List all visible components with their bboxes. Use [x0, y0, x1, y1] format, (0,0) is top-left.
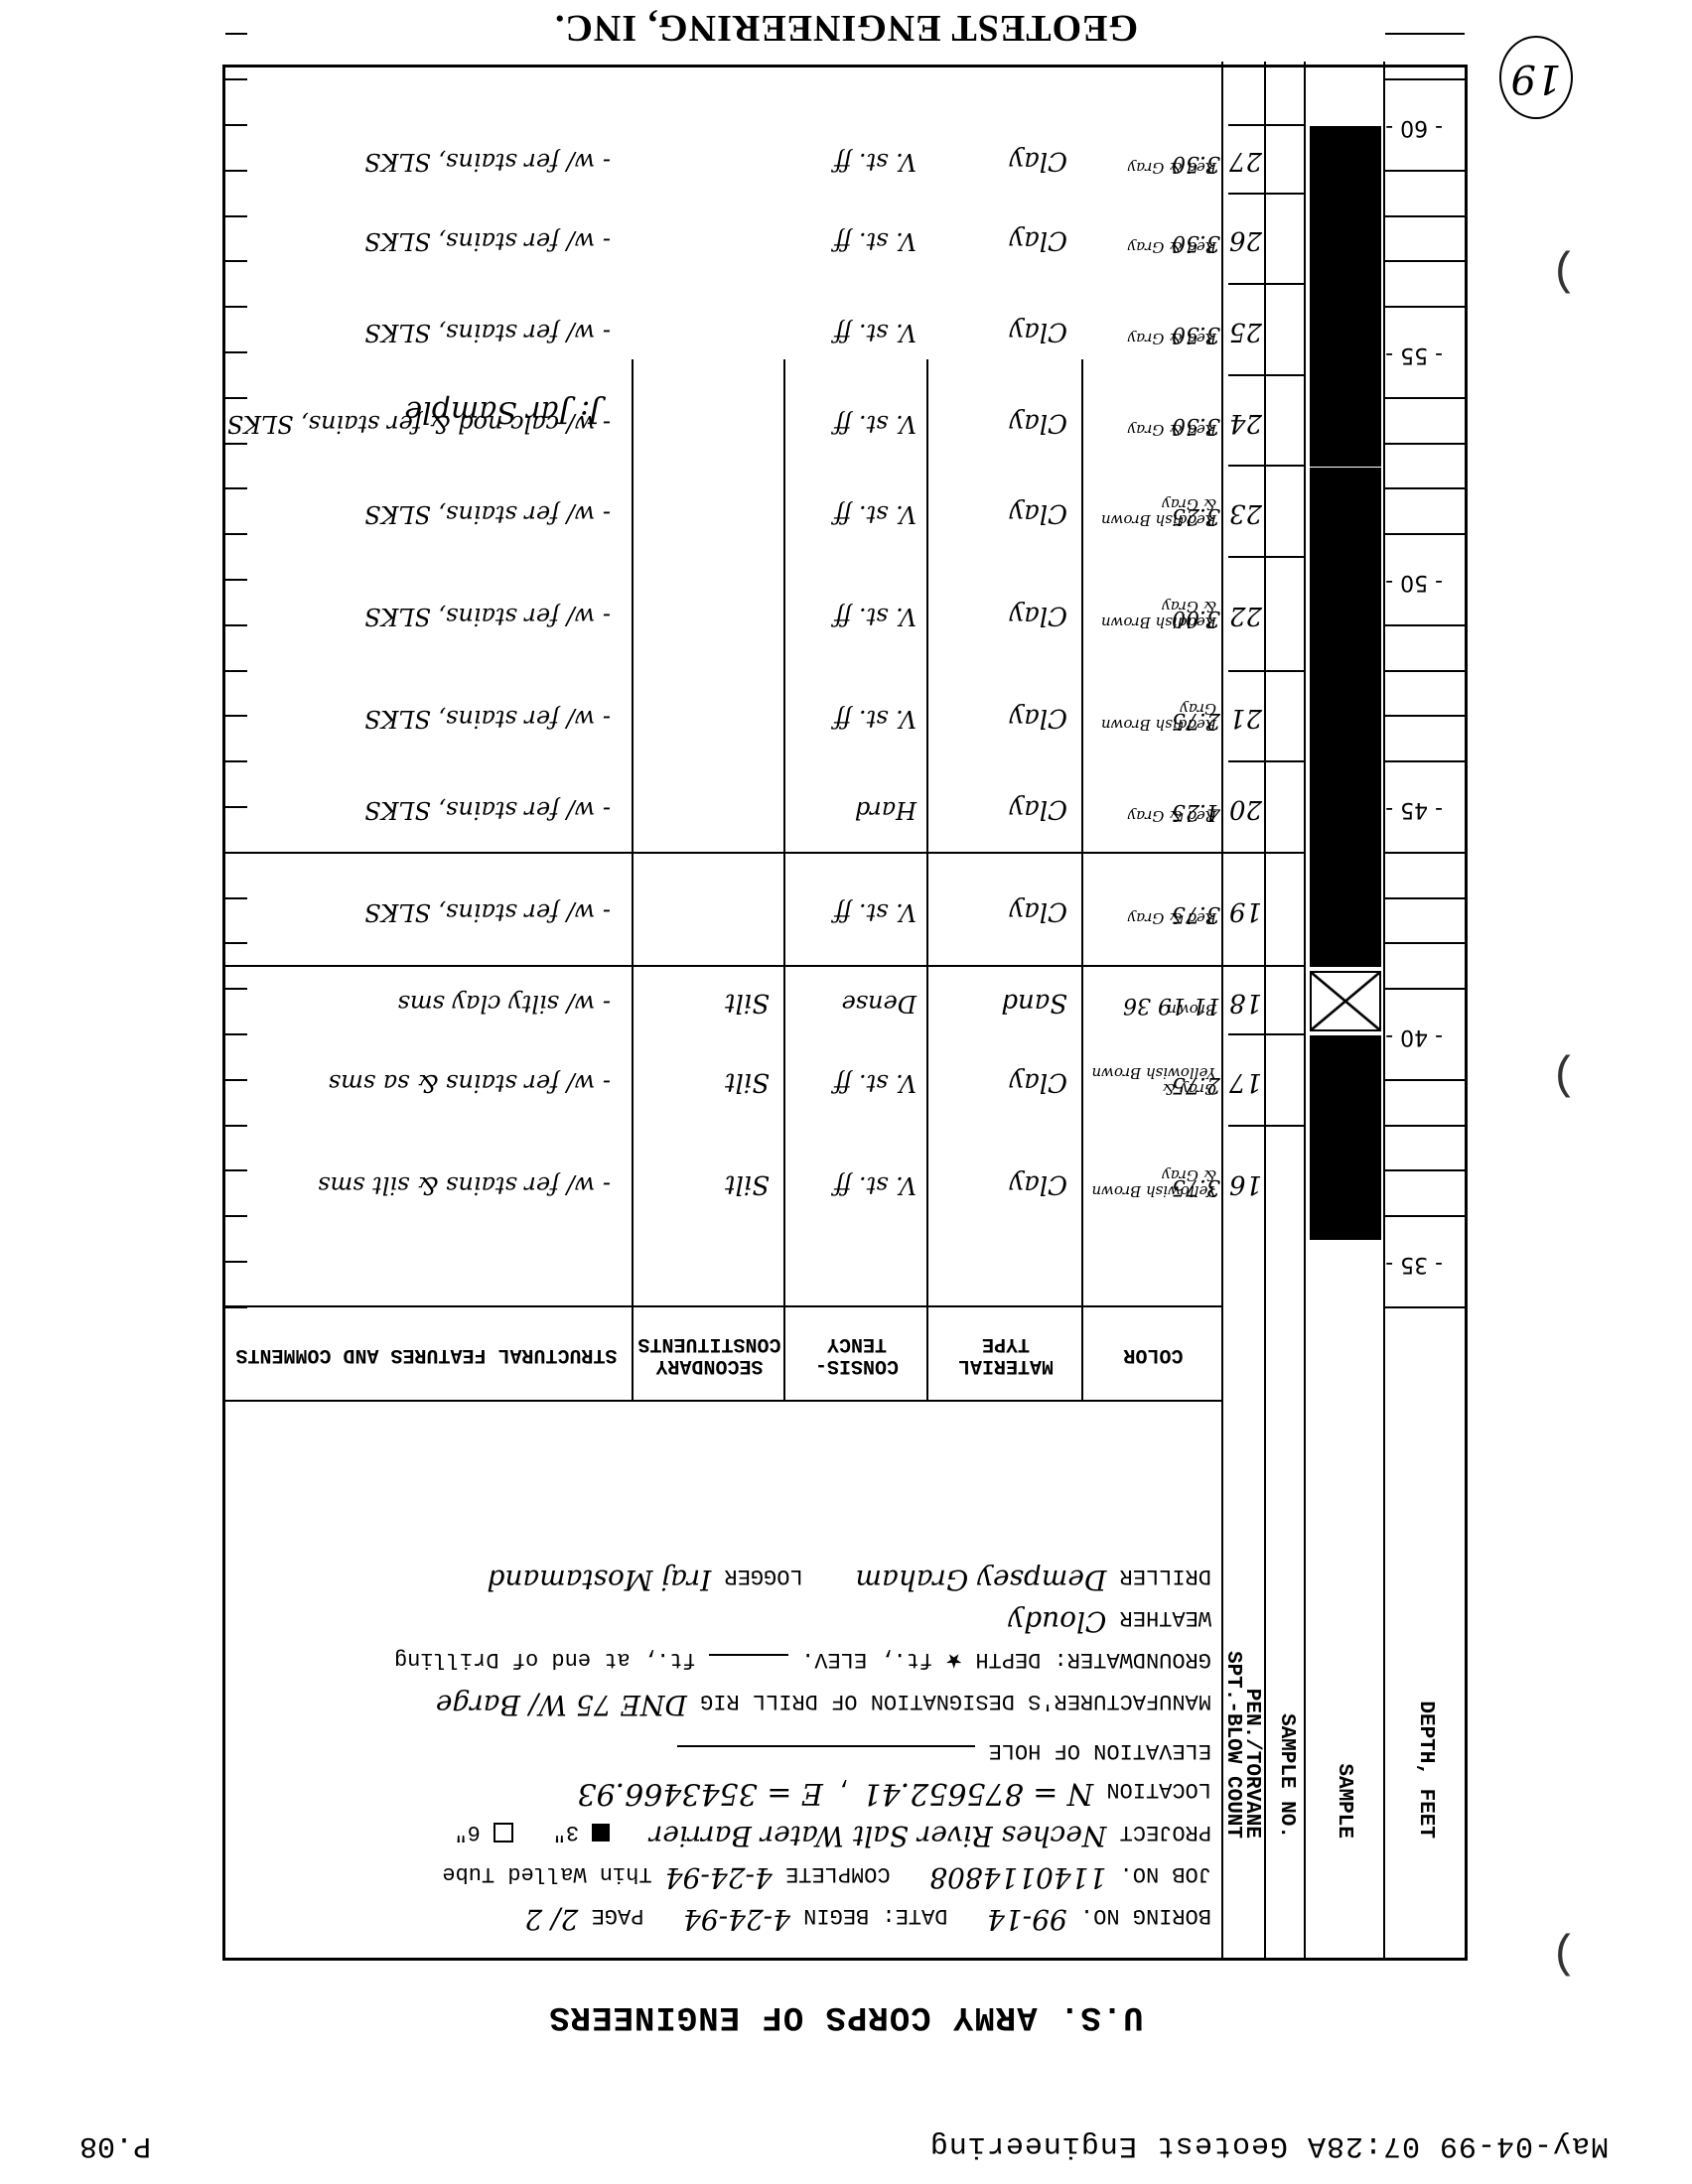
sample-recovery-bar	[1310, 854, 1381, 968]
sample-no: 16	[1229, 1169, 1262, 1199]
color-cell: Yellowish Brown & Gray	[1087, 1167, 1216, 1199]
boring-log-sheet: May-04-99 07:28A Geotest Engineering P.0…	[0, 0, 1692, 2184]
sample-recovery-bar	[1310, 468, 1381, 559]
sample-recovery-bar	[1310, 285, 1381, 376]
tube-label: Thin Walled Tube	[442, 1861, 651, 1886]
consistency-cell: V. st. ff	[834, 1171, 916, 1199]
sample-recovery-bar	[1310, 558, 1381, 672]
boring-no-label: BORING NO.	[1080, 1903, 1211, 1928]
groundwater-depth: ★	[945, 1645, 962, 1676]
column-header: CONSIS-TENCY	[785, 1307, 928, 1402]
groundwater-label: GROUNDWATER: DEPTH	[975, 1647, 1211, 1672]
material-cell: Clay	[1010, 601, 1067, 630]
depth-tick: - 55 -	[1385, 342, 1443, 367]
boring-no-value: 99-14	[987, 1903, 1067, 1936]
date-label: DATE: BEGIN	[803, 1903, 947, 1928]
column-header: COLOR	[1083, 1307, 1223, 1402]
depth-tick: - 45 -	[1385, 797, 1443, 822]
consistency-cell: V. st. ff	[834, 898, 916, 926]
color-cell: Red & Gray	[1087, 160, 1216, 176]
sample-no: 26	[1229, 226, 1262, 256]
material-cell: Clay	[1010, 1067, 1067, 1097]
material-cell: Clay	[1010, 498, 1067, 528]
comments-cell: - w/ fer stains, SLKS	[364, 898, 611, 926]
color-cell: Reddish Brown Gray	[1087, 701, 1216, 733]
color-cell: Red & Gray	[1087, 240, 1216, 256]
sample-recovery-bar	[1310, 1127, 1381, 1241]
ft-elev-label: ft., ELEV.	[801, 1647, 932, 1672]
consistency-cell: Dense	[842, 990, 916, 1018]
sample-no: 17	[1229, 1067, 1262, 1097]
comments-cell: - w/ fer stains, SLKS	[364, 148, 611, 176]
sample-no: 21	[1229, 703, 1262, 733]
weather-label: WEATHER	[1120, 1605, 1211, 1630]
consistency-cell: V. st. ff	[834, 500, 916, 528]
rig-label: MANUFACTURER'S DESIGNATION OF DRILL RIG	[700, 1689, 1211, 1713]
material-cell: Clay	[1010, 1169, 1067, 1199]
driller-label: DRILLER	[1120, 1564, 1211, 1588]
sample-recovery-bar	[1310, 376, 1381, 468]
sample-no: 25	[1229, 317, 1262, 346]
sample-recovery-bar	[1310, 971, 1381, 1031]
color-cell: Gray & Yellowish Brown	[1087, 1065, 1216, 1097]
color-cell: Red & Gray	[1087, 808, 1216, 824]
tube-3-label: 3"	[553, 1820, 579, 1844]
fax-page-number: P.08	[79, 2128, 151, 2162]
date-begin-value: 4-24-94	[683, 1903, 790, 1936]
sample-no: 27	[1229, 146, 1262, 176]
material-cell: Clay	[1010, 317, 1067, 346]
jar-sample-note: J: Jar Sample	[404, 394, 601, 429]
tube-6-label: 6"	[455, 1820, 481, 1844]
spt-label: SPT.-BLOW COUNT	[1221, 1651, 1244, 1839]
consistency-cell: V. st. ff	[834, 148, 916, 176]
job-no-value: 1140114808	[929, 1861, 1106, 1894]
material-cell: Clay	[1010, 896, 1067, 926]
consistency-cell: V. st. ff	[834, 228, 916, 256]
company-footer: GEOTEST ENGINEERING, INC.	[0, 6, 1692, 50]
comments-cell: - w/ fer stains, SLKS	[364, 705, 611, 733]
paren-mark: )	[1550, 1050, 1578, 1102]
rig-value: DNE 75 W/ Barge	[436, 1689, 687, 1721]
material-cell: Clay	[1010, 146, 1067, 176]
consistency-cell: V. st. ff	[834, 1069, 916, 1097]
elevation-label: ELEVATION OF HOLE	[989, 1738, 1211, 1763]
consistency-cell: Hard	[855, 796, 916, 824]
depth-tick: - 35 -	[1385, 1252, 1443, 1277]
project-value: Neches River Salt Water Barrier	[649, 1820, 1106, 1852]
sample-no-label: SAMPLE NO.	[1275, 1713, 1298, 1839]
depth-label: DEPTH, FEET	[1414, 1701, 1437, 1839]
weather-value: Cloudy	[1008, 1605, 1106, 1638]
location-label: LOCATION	[1106, 1777, 1211, 1802]
sample-no: 20	[1229, 794, 1262, 824]
color-cell: Red & Gray	[1087, 422, 1216, 438]
column-header: STRUCTURAL FEATURES AND COMMENTS	[219, 1307, 634, 1402]
sample-no: 19	[1229, 896, 1262, 926]
fax-header: May-04-99 07:28A Geotest Engineering	[929, 2128, 1609, 2162]
location-north: N = 875652.41	[862, 1776, 1093, 1811]
tube-3-checkbox[interactable]	[592, 1824, 610, 1842]
driller-value: Dempsey Graham	[856, 1564, 1107, 1596]
secondary-cell: Silt	[725, 988, 770, 1018]
tube-6-checkbox[interactable]	[493, 1823, 513, 1843]
sample-no: 23	[1229, 498, 1262, 528]
comments-cell: - w/ fer stains, SLKS	[364, 228, 611, 256]
comments-cell: - w/ fer stains, SLKS	[364, 603, 611, 630]
material-cell: Clay	[1010, 226, 1067, 256]
sample-recovery-bar	[1310, 672, 1381, 763]
sample-no: 18	[1229, 988, 1262, 1018]
sample-no: 24	[1229, 408, 1262, 438]
boring-log-form: DEPTH, FEET SAMPLE SAMPLE NO. PEN./TORVA…	[222, 65, 1468, 1961]
consistency-cell: V. st. ff	[834, 319, 916, 346]
page-label: PAGE	[592, 1903, 644, 1928]
form-title: U.S. ARMY CORPS OF ENGINEERS	[0, 1997, 1692, 2035]
comments-cell: - w/ fer stains & silt sms	[318, 1171, 611, 1199]
ft-end-label: ft., at end of Drilling	[394, 1647, 696, 1672]
date-complete-value: 4-24-94	[665, 1861, 773, 1894]
secondary-cell: Silt	[725, 1067, 770, 1097]
sample-recovery-bar	[1310, 126, 1381, 195]
consistency-cell: V. st. ff	[834, 603, 916, 630]
secondary-cell: Silt	[725, 1169, 770, 1199]
color-cell: Brown	[1087, 1002, 1216, 1018]
comments-cell: - w/ fer stains, SLKS	[364, 500, 611, 528]
color-cell: Reddish Brown & Gray	[1087, 496, 1216, 528]
page-marker: 19	[1499, 36, 1573, 119]
project-label: PROJECT	[1120, 1820, 1211, 1844]
page-value: 2	[561, 1903, 579, 1936]
job-no-label: JOB NO.	[1120, 1861, 1211, 1886]
comments-cell: - w/ fer stains, SLKS	[364, 319, 611, 346]
comments-cell: - w/ fer stains & sa sms	[329, 1069, 611, 1097]
paren-mark: )	[1550, 1929, 1578, 1980]
consistency-cell: V. st. ff	[834, 410, 916, 438]
depth-tick: - 50 -	[1385, 570, 1443, 595]
elevation-value	[677, 1745, 975, 1747]
depth-tick: - 60 -	[1385, 115, 1443, 140]
consistency-cell: V. st. ff	[834, 705, 916, 733]
sample-recovery-bar	[1310, 1035, 1381, 1127]
sample-recovery-bar	[1310, 195, 1381, 286]
logger-label: LOGGER	[724, 1564, 802, 1588]
comments-cell: - w/ fer stains, SLKS	[364, 796, 611, 824]
color-cell: Red & Gray	[1087, 331, 1216, 346]
column-header: SECONDARY CONSTITUENTS	[634, 1307, 785, 1402]
page-of: / 2	[524, 1903, 560, 1936]
sample-label: SAMPLE	[1333, 1763, 1355, 1839]
material-cell: Sand	[1001, 988, 1067, 1018]
material-cell: Clay	[1010, 408, 1067, 438]
sample-no: 22	[1229, 601, 1262, 630]
color-cell: Reddish Brown & Gray	[1087, 599, 1216, 630]
sample-recovery-bar	[1310, 762, 1381, 854]
material-cell: Clay	[1010, 703, 1067, 733]
material-cell: Clay	[1010, 794, 1067, 824]
paren-mark: )	[1550, 246, 1578, 298]
logger-value: Iraj Mostamand	[488, 1564, 712, 1596]
color-cell: Red & Gray	[1087, 910, 1216, 926]
complete-label: COMPLETE	[785, 1861, 891, 1886]
comments-cell: - w/ silty clay sms	[398, 990, 612, 1018]
location-east: E = 3543466.93	[577, 1776, 822, 1811]
column-header: MATERIAL TYPE	[928, 1307, 1083, 1402]
depth-tick: - 40 -	[1385, 1024, 1443, 1049]
